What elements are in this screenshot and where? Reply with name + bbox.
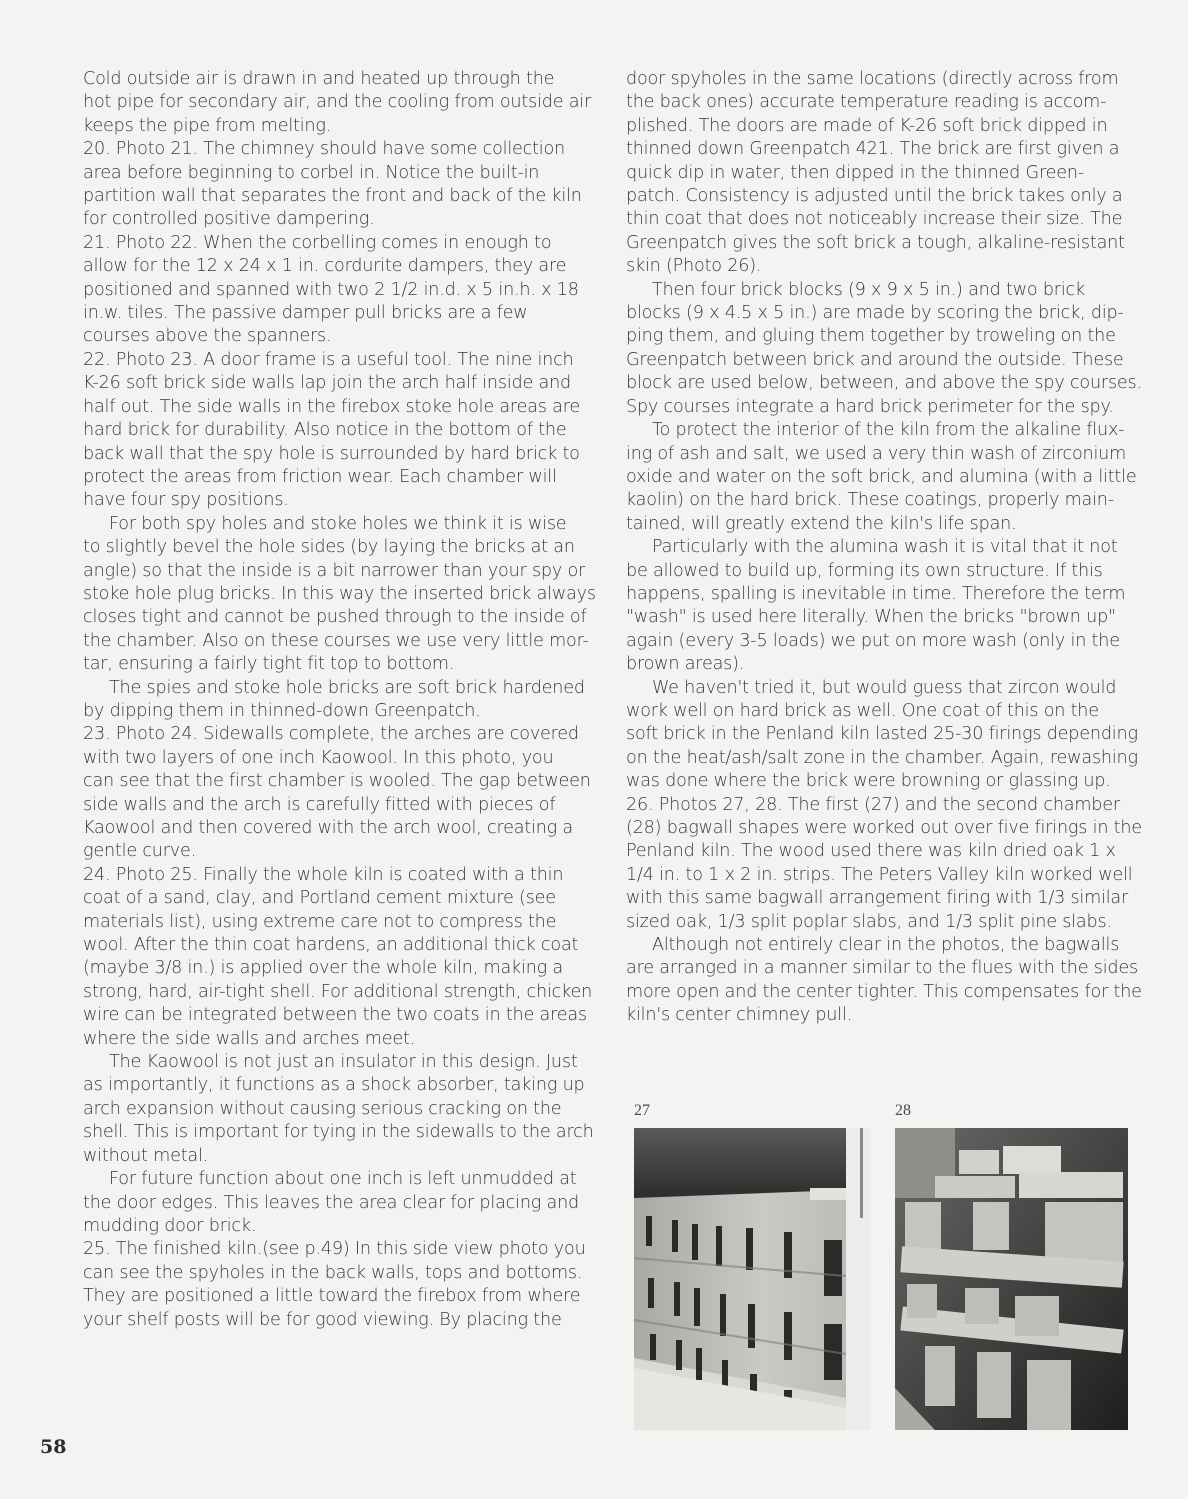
text-line: with two layers of one inch Kaowool. In … [83, 747, 603, 770]
text-line: can see that the first chamber is wooled… [83, 770, 603, 793]
text-line: in.w. tiles. The passive damper pull bri… [83, 302, 603, 325]
page-number: 58 [40, 1436, 66, 1458]
text-line: arch expansion without causing serious c… [83, 1098, 603, 1121]
text-line: with this same bagwall arrangement firin… [626, 887, 1158, 910]
text-line: the door edges. This leaves the area cle… [83, 1192, 603, 1215]
text-line: the back ones) accurate temperature read… [626, 91, 1158, 114]
text-line: stoke hole plug bricks. In this way the … [83, 583, 603, 606]
text-line: as importantly, it functions as a shock … [83, 1074, 603, 1097]
text-line: back wall that the spy hole is surrounde… [83, 443, 603, 466]
text-line: hot pipe for secondary air, and the cool… [83, 91, 603, 114]
right-text-column: door spyholes in the same locations (dir… [626, 68, 1158, 1028]
text-line: gentle curve. [83, 840, 603, 863]
text-line: block are used below, between, and above… [626, 372, 1158, 395]
text-line: hard brick for durability. Also notice i… [83, 419, 603, 442]
text-line: was done where the brick were browning o… [626, 770, 1158, 793]
text-line: can see the spyholes in the back walls, … [83, 1262, 603, 1285]
text-line: mudding door brick. [83, 1215, 603, 1238]
text-line: where the side walls and arches meet. [83, 1028, 603, 1051]
text-line: the chamber. Also on these courses we us… [83, 630, 603, 653]
text-line: be allowed to build up, forming its own … [626, 560, 1158, 583]
figure-label-28: 28 [895, 1102, 911, 1120]
text-line: soft brick in the Penland kiln lasted 25… [626, 723, 1158, 746]
text-line: protect the areas from friction wear. Ea… [83, 466, 603, 489]
text-line: 24. Photo 25. Finally the whole kiln is … [83, 864, 603, 887]
figure-photo-28 [895, 1128, 1128, 1430]
text-line: angle) so that the inside is a bit narro… [83, 560, 603, 583]
text-line: closes tight and cannot be pushed throug… [83, 606, 603, 629]
text-line: To protect the interior of the kiln from… [626, 419, 1158, 442]
text-line: 20. Photo 21. The chimney should have so… [83, 138, 603, 161]
text-line: tained, will greatly extend the kiln's l… [626, 513, 1158, 536]
text-line: wool. After the thin coat hardens, an ad… [83, 934, 603, 957]
text-line: thinned down Greenpatch 421. The brick a… [626, 138, 1158, 161]
text-line: side walls and the arch is carefully fit… [83, 794, 603, 817]
text-line: Cold outside air is drawn in and heated … [83, 68, 603, 91]
text-line: more open and the center tighter. This c… [626, 981, 1158, 1004]
text-line: (28) bagwall shapes were worked out over… [626, 817, 1158, 840]
text-line: positioned and spanned with two 2 1/2 in… [83, 279, 603, 302]
text-line: The spies and stoke hole bricks are soft… [83, 677, 603, 700]
text-line: kaolin) on the hard brick. These coating… [626, 489, 1158, 512]
text-line: without metal. [83, 1145, 603, 1168]
text-line: for controlled positive dampering. [83, 208, 603, 231]
text-line: sized oak, 1/3 split poplar slabs, and 1… [626, 911, 1158, 934]
bagwall-photo-image [634, 1128, 870, 1430]
text-line: 25. The finished kiln.(see p.49) In this… [83, 1238, 603, 1261]
text-line: 1/4 in. to 1 x 2 in. strips. The Peters … [626, 864, 1158, 887]
text-line: For both spy holes and stoke holes we th… [83, 513, 603, 536]
text-line: 21. Photo 22. When the corbelling comes … [83, 232, 603, 255]
text-line: Particularly with the alumina wash it is… [626, 536, 1158, 559]
figure-photo-27 [634, 1128, 870, 1430]
text-line: ing of ash and salt, we used a very thin… [626, 443, 1158, 466]
bagwall-photo-image [895, 1128, 1128, 1430]
text-line: Spy courses integrate a hard brick perim… [626, 396, 1158, 419]
text-line: (maybe 3/8 in.) is applied over the whol… [83, 957, 603, 980]
figure-label-27: 27 [634, 1102, 650, 1120]
text-line: are arranged in a manner similar to the … [626, 957, 1158, 980]
text-line: area before beginning to corbel in. Noti… [83, 162, 603, 185]
text-line: half out. The side walls in the firebox … [83, 396, 603, 419]
text-line: ping them, and gluing them together by t… [626, 325, 1158, 348]
text-line: shell. This is important for tying in th… [83, 1121, 603, 1144]
text-line: door spyholes in the same locations (dir… [626, 68, 1158, 91]
text-line: Although not entirely clear in the photo… [626, 934, 1158, 957]
text-line: They are positioned a little toward the … [83, 1285, 603, 1308]
text-line: Kaowool and then covered with the arch w… [83, 817, 603, 840]
text-line: keeps the pipe from melting. [83, 115, 603, 138]
text-line: Greenpatch between brick and around the … [626, 349, 1158, 372]
left-text-column: Cold outside air is drawn in and heated … [83, 68, 603, 1332]
text-line: Then four brick blocks (9 x 9 x 5 in.) a… [626, 279, 1158, 302]
text-line: allow for the 12 x 24 x 1 in. cordurite … [83, 255, 603, 278]
text-line: kiln's center chimney pull. [626, 1004, 1158, 1027]
text-line: work well on hard brick as well. One coa… [626, 700, 1158, 723]
text-line: by dipping them in thinned-down Greenpat… [83, 700, 603, 723]
text-line: patch. Consistency is adjusted until the… [626, 185, 1158, 208]
text-line: partition wall that separates the front … [83, 185, 603, 208]
text-line: Penland kiln. The wood used there was ki… [626, 840, 1158, 863]
text-line: 26. Photos 27, 28. The first (27) and th… [626, 794, 1158, 817]
text-line: quick dip in water, then dipped in the t… [626, 162, 1158, 185]
text-line: brown areas). [626, 653, 1158, 676]
text-line: We haven't tried it, but would guess tha… [626, 677, 1158, 700]
text-line: courses above the spanners. [83, 325, 603, 348]
text-line: Greenpatch gives the soft brick a tough,… [626, 232, 1158, 255]
text-line: tar, ensuring a fairly tight fit top to … [83, 653, 603, 676]
text-line: coat of a sand, clay, and Portland cemen… [83, 887, 603, 910]
text-line: The Kaowool is not just an insulator in … [83, 1051, 603, 1074]
text-line: materials list), using extreme care not … [83, 911, 603, 934]
text-line: plished. The doors are made of K-26 soft… [626, 115, 1158, 138]
text-line: 22. Photo 23. A door frame is a useful t… [83, 349, 603, 372]
text-line: strong, hard, air-tight shell. For addit… [83, 981, 603, 1004]
text-line: happens, spalling is inevitable in time.… [626, 583, 1158, 606]
text-line: For future function about one inch is le… [83, 1168, 603, 1191]
text-line: "wash" is used here literally. When the … [626, 606, 1158, 629]
text-line: blocks (9 x 4.5 x 5 in.) are made by sco… [626, 302, 1158, 325]
text-line: wire can be integrated between the two c… [83, 1004, 603, 1027]
text-line: skin (Photo 26). [626, 255, 1158, 278]
text-line: thin coat that does not noticeably incre… [626, 208, 1158, 231]
text-line: 23. Photo 24. Sidewalls complete, the ar… [83, 723, 603, 746]
text-line: have four spy positions. [83, 489, 603, 512]
text-line: again (every 3-5 loads) we put on more w… [626, 630, 1158, 653]
text-line: K-26 soft brick side walls lap join the … [83, 372, 603, 395]
text-line: on the heat/ash/salt zone in the chamber… [626, 747, 1158, 770]
text-line: oxide and water on the soft brick, and a… [626, 466, 1158, 489]
text-line: your shelf posts will be for good viewin… [83, 1309, 603, 1332]
text-line: to slightly bevel the hole sides (by lay… [83, 536, 603, 559]
